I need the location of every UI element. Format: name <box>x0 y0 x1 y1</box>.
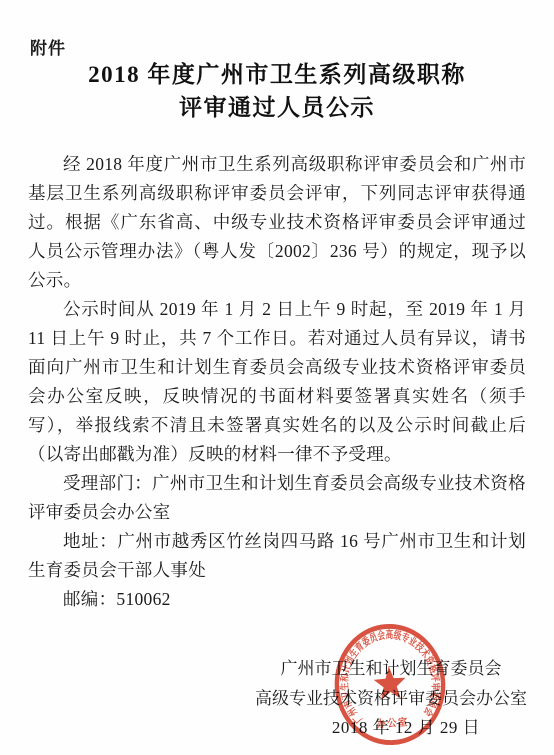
document-body: 经 2018 年度广州市卫生系列高级职称评审委员会和广州市基层卫生系列高级职称评… <box>28 150 526 614</box>
paragraph-address: 地址：广州市越秀区竹丝岗四马路 16 号广州市卫生和计划生育委员会干部人事处 <box>28 527 526 585</box>
paragraph-publicity-period: 公示时间从 2019 年 1 月 2 日上午 9 时起，至 2019 年 1 月… <box>28 295 526 469</box>
paragraph-postal-code: 邮编：510062 <box>28 585 526 614</box>
document-title-line-2: 评审通过人员公示 <box>0 91 554 124</box>
scanned-document-page: 附件 2018 年度广州市卫生系列高级职称 评审通过人员公示 经 2018 年度… <box>0 0 554 755</box>
official-seal-graphic: 广州市卫生和计划生育委员会高级专业技术资格评审委员会 办公室 <box>328 617 453 752</box>
official-seal-stamp: 广州市卫生和计划生育委员会高级专业技术资格评审委员会 办公室 <box>328 617 453 752</box>
paragraph-accepting-department: 受理部门：广州市卫生和计划生育委员会高级专业技术资格评审委员会办公室 <box>28 469 526 527</box>
star-icon <box>373 665 407 700</box>
document-title: 2018 年度广州市卫生系列高级职称 评审通过人员公示 <box>0 58 554 124</box>
document-title-line-1: 2018 年度广州市卫生系列高级职称 <box>0 58 554 91</box>
attachment-label: 附件 <box>30 34 66 59</box>
seal-center-text: 办公室 <box>376 715 409 731</box>
paragraph-intro: 经 2018 年度广州市卫生系列高级职称评审委员会和广州市基层卫生系列高级职称评… <box>28 150 526 295</box>
